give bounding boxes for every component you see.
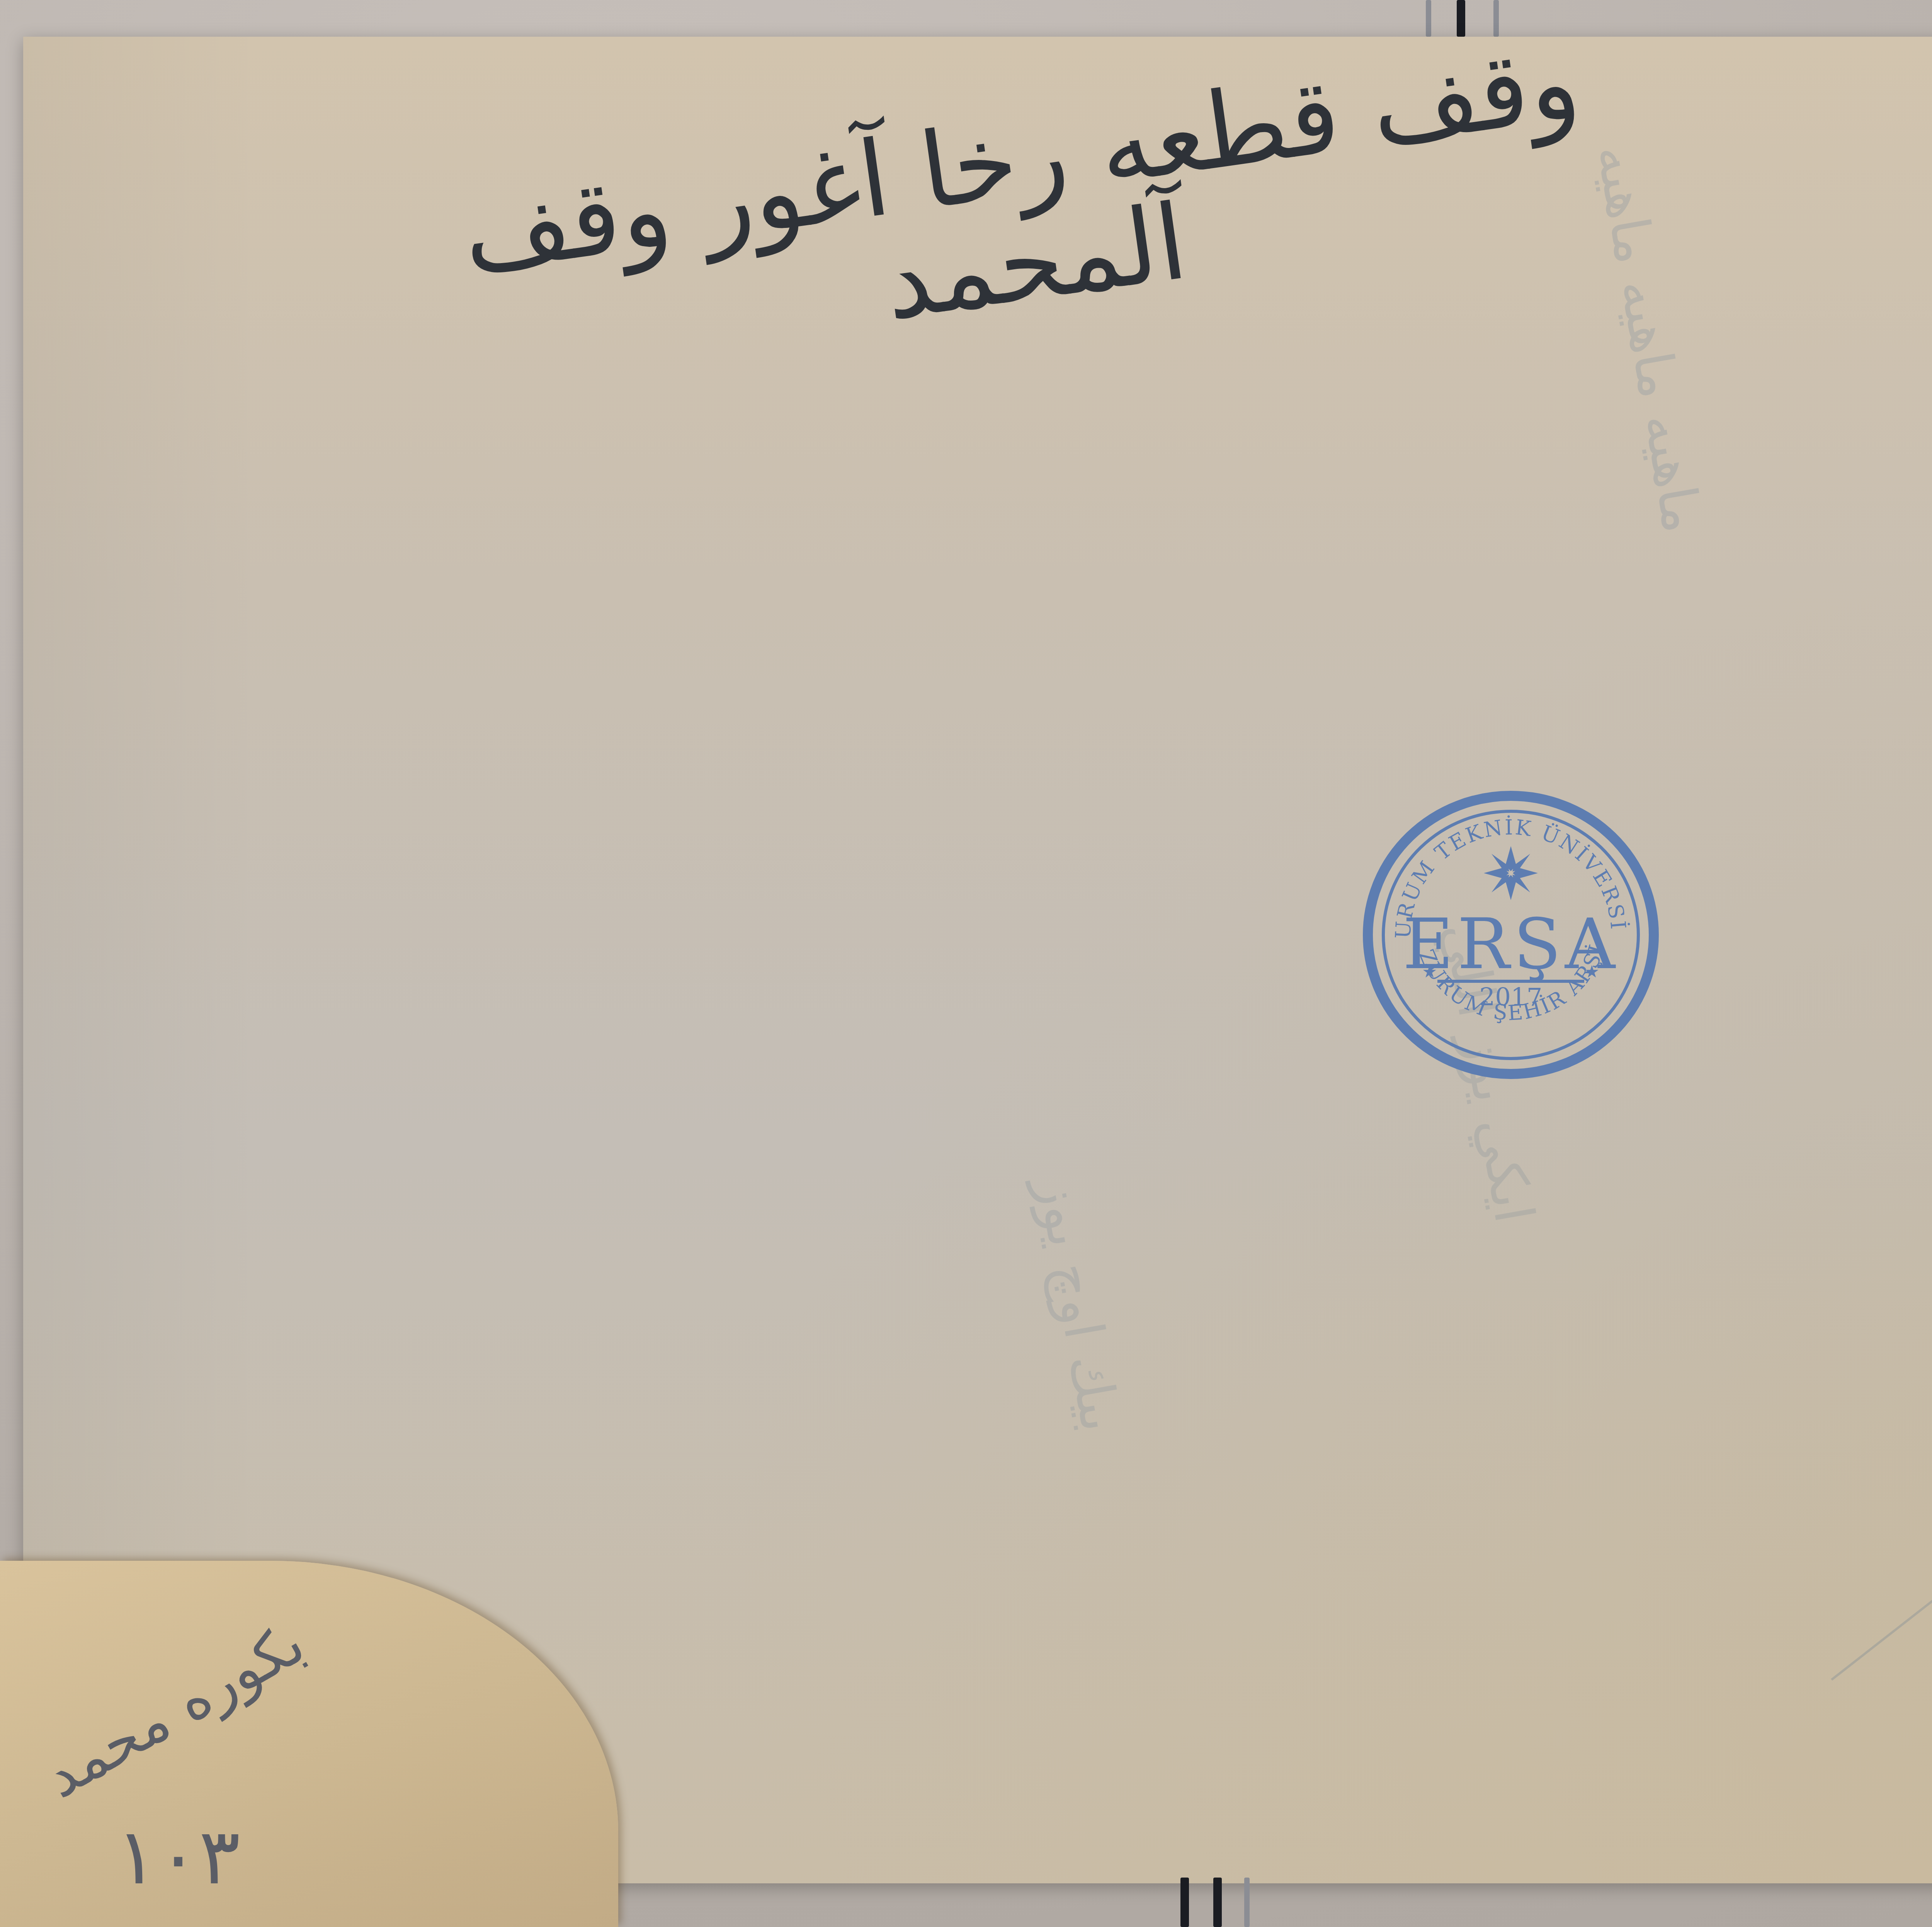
- snowflake-emblem-icon: [1484, 846, 1538, 900]
- heading-line: وقف قطعه رخا آغور وقف آلمحمد: [363, 16, 1693, 405]
- pencil-rule-line: [1831, 918, 1932, 1681]
- stamp-label: ERŞA: [1360, 904, 1662, 985]
- bleed-through-text: بيك اوچ يوز: [1026, 1173, 1132, 1436]
- stamp-year: 2017: [1360, 983, 1662, 1012]
- holder-clip-top-left: [1426, 0, 1431, 37]
- holder-clip-bottom-right: [1244, 1878, 1250, 1927]
- holder-clip-top-center: [1457, 0, 1465, 37]
- folded-corner-note: بكوره محمد: [33, 1609, 316, 1811]
- folded-corner-number: ١٠٣: [116, 1812, 240, 1902]
- bleed-through-text: ماهيه ماهيه ماهيه: [1584, 140, 1714, 537]
- holder-clip-bottom-center: [1213, 1878, 1222, 1927]
- holder-clip-bottom-left: [1180, 1878, 1189, 1927]
- archive-stamp: ERZURUM TEKNİK ÜNİVERSİTESİ ERZURUM ŞEHİ…: [1360, 788, 1662, 1082]
